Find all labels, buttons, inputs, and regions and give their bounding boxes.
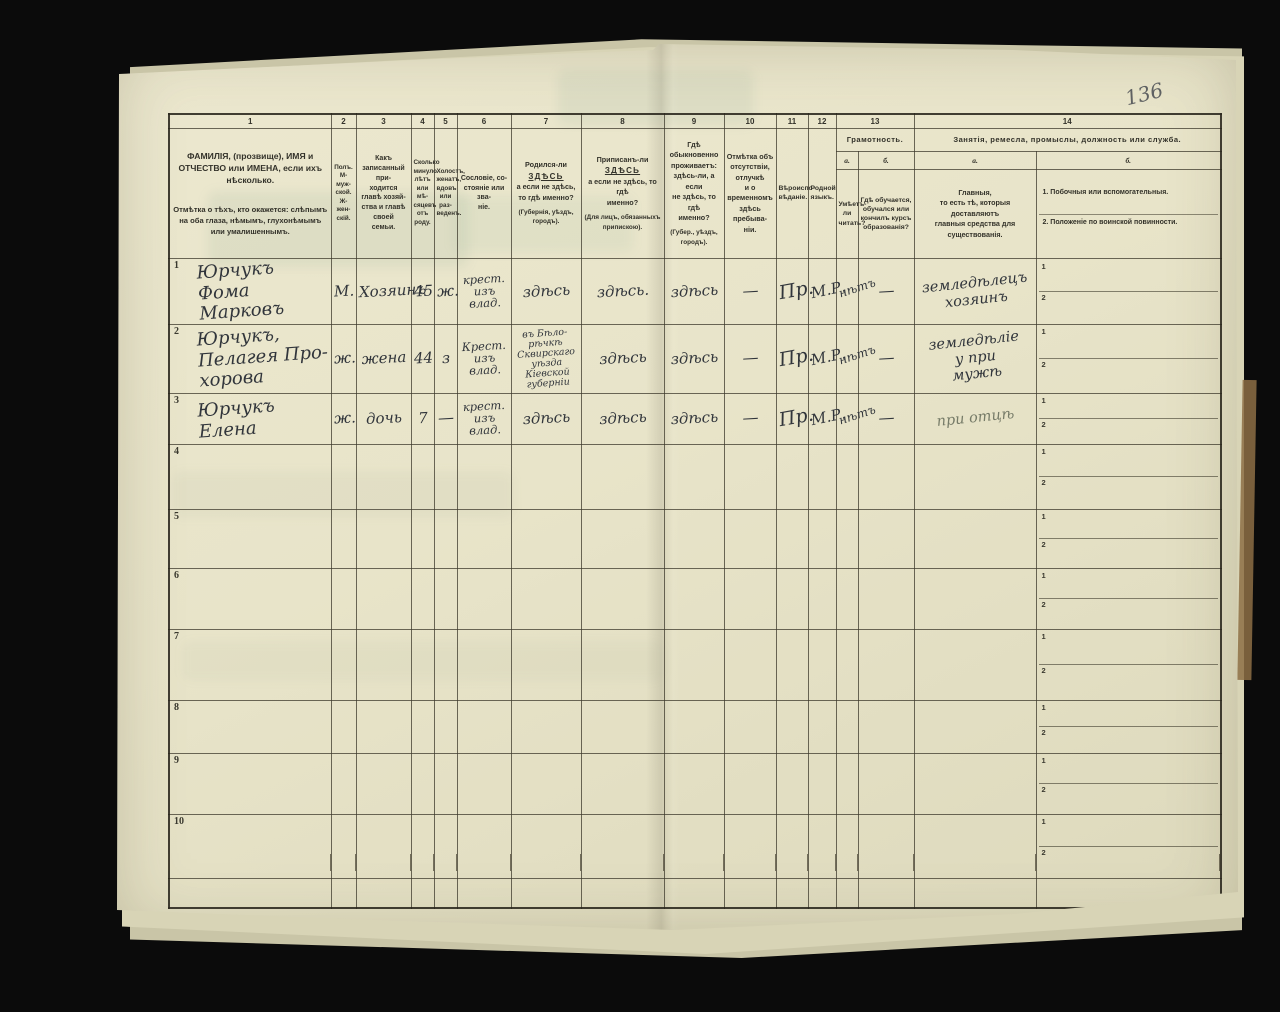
cell-language xyxy=(808,753,836,814)
cell-relation xyxy=(356,568,411,629)
cell-name: 6 xyxy=(169,568,331,629)
cell-language: М.Р. xyxy=(808,393,836,444)
cell-education: — xyxy=(858,259,914,324)
hw-age: 44 xyxy=(413,349,432,367)
hw-age: 45 xyxy=(413,282,432,300)
cell-occupation: при отцѣ xyxy=(914,393,1036,444)
subrow-label: 2 xyxy=(1042,420,1046,429)
subrow-label: 2 xyxy=(1042,728,1046,737)
hw-registered: здѣсь xyxy=(583,408,662,429)
hw-faith: Пр. xyxy=(777,278,807,304)
cell-absence xyxy=(724,629,776,700)
hw-occupation: земледѣлецъ хозяинъ xyxy=(915,269,1035,314)
subrow-label: 2 xyxy=(1042,478,1046,487)
hw-absence: — xyxy=(726,348,774,369)
header-occupation-a: Главныя, то есть тѣ, которыя доставляютъ… xyxy=(914,169,1036,259)
cell-relation xyxy=(356,629,411,700)
cell-education xyxy=(858,629,914,700)
hw-born: въ Бѣло- рѣчкѣ Сквирскаго уѣзда Кіевской… xyxy=(511,326,580,390)
occupation-b-notes: 1. Побочныя или вспомогательныя. 2. Поло… xyxy=(1039,185,1219,243)
strip-cell xyxy=(331,878,356,908)
col-number: 5 xyxy=(434,114,457,128)
hw-literacy: нѣтъ xyxy=(837,349,857,367)
hw-absence: — xyxy=(726,408,774,429)
cell-marital xyxy=(434,509,457,568)
header-language: Родной языкъ. xyxy=(808,128,836,259)
table-row: 5 1 2 xyxy=(169,509,1221,568)
header-name-note: Отмѣтка о тѣхъ, кто окажется: слѣпымъ на… xyxy=(172,204,329,237)
hw-education: — xyxy=(860,408,912,429)
subrow-2: 2 xyxy=(1039,598,1219,628)
col-number: 7 xyxy=(511,114,581,128)
cell-faith xyxy=(776,444,808,509)
cell-literacy: нѣтъ xyxy=(836,393,858,444)
cell-age: 45 xyxy=(411,259,434,324)
cell-estate: Крест. изъ влад. xyxy=(457,324,511,393)
subrow-1: 1 xyxy=(1039,446,1219,477)
cell-marital xyxy=(434,700,457,753)
strip-cell xyxy=(914,878,1036,908)
hw-sex: М. xyxy=(333,282,354,300)
cell-literacy: нѣтъ xyxy=(836,324,858,393)
cell-occupation-side: 1 2 xyxy=(1036,444,1221,509)
cell-absence xyxy=(724,568,776,629)
strip-cell xyxy=(808,878,836,908)
col-number: 10 xyxy=(724,114,776,128)
scan-background: 136 1 2 3 4 5 6 7 8 xyxy=(0,0,1280,1012)
subrow-1: 1 xyxy=(1039,755,1219,784)
subrow-2: 2 xyxy=(1039,291,1219,322)
cell-relation: дочь xyxy=(356,393,411,444)
strip-cell xyxy=(356,878,411,908)
cell-estate xyxy=(457,568,511,629)
cell-resides xyxy=(664,444,724,509)
cell-sex xyxy=(331,753,356,814)
subrow-label: 2 xyxy=(1042,666,1046,675)
side-occupation-subrows: 1 2 xyxy=(1039,511,1219,567)
strip-cell xyxy=(836,878,858,908)
cell-name: 4 xyxy=(169,444,331,509)
col-number: 6 xyxy=(457,114,511,128)
hw-marital: з xyxy=(436,349,455,367)
cell-relation xyxy=(356,700,411,753)
side-occupation-subrows: 1 2 xyxy=(1039,446,1219,508)
side-occupation-subrows: 1 2 xyxy=(1039,631,1219,699)
table-row: 7 1 2 xyxy=(169,629,1221,700)
row-number: 7 xyxy=(174,631,179,642)
hw-education: — xyxy=(860,348,912,369)
cell-age xyxy=(411,629,434,700)
subrow-1: 1 xyxy=(1039,511,1219,539)
subrow-label: 1 xyxy=(1042,817,1046,826)
header-literacy-a: Умѣетъ- ли читать? xyxy=(836,169,858,259)
table-row: 4 1 2 xyxy=(169,444,1221,509)
header-residence-note: (Губер., уѣздъ, городъ). xyxy=(667,228,722,247)
subrow-2: 2 xyxy=(1039,358,1219,392)
cell-sex xyxy=(331,700,356,753)
column-numbers-row: 1 2 3 4 5 6 7 8 9 10 11 12 13 14 xyxy=(169,114,1221,128)
hw-language: М.Р. xyxy=(809,408,835,430)
cell-marital xyxy=(434,444,457,509)
cell-resides xyxy=(664,629,724,700)
occupation-b-label: б. xyxy=(1036,152,1221,170)
col-number: 2 xyxy=(331,114,356,128)
header-birthplace-post: а если не здѣсь, то гдѣ именно? xyxy=(517,182,576,201)
cell-age xyxy=(411,568,434,629)
cell-born xyxy=(511,444,581,509)
row-number: 5 xyxy=(174,511,179,522)
cell-occupation-side: 1 2 xyxy=(1036,324,1221,393)
cell-faith xyxy=(776,700,808,753)
col-number: 9 xyxy=(664,114,724,128)
subrow-1: 1 xyxy=(1039,570,1219,599)
cell-absence xyxy=(724,444,776,509)
col-number: 8 xyxy=(581,114,664,128)
subrow-label: 1 xyxy=(1042,262,1046,271)
hw-name: Юрчукъ Фома Марковъ xyxy=(170,255,330,328)
hw-language: М.Р. xyxy=(809,348,835,370)
hw-registered: здѣсь. xyxy=(583,281,662,302)
strip-cell xyxy=(411,878,434,908)
header-faith: Вѣроиспо- вѣданіе. xyxy=(776,128,808,259)
cell-estate xyxy=(457,753,511,814)
header-residence-text: Гдѣ обыкновенно проживаетъ: здѣсь-ли, а … xyxy=(670,140,719,222)
census-page: 136 1 2 3 4 5 6 7 8 xyxy=(113,42,1240,937)
cell-occupation-side: 1 2 xyxy=(1036,509,1221,568)
table-row: 3Юрчукъ Елена ж. дочь 7 — крест. изъ вла… xyxy=(169,393,1221,444)
totals-strip-row xyxy=(169,878,1221,908)
cell-marital xyxy=(434,629,457,700)
strip-cell xyxy=(664,878,724,908)
cell-born: здѣсь xyxy=(511,393,581,444)
hw-age: 7 xyxy=(413,409,432,427)
cell-faith: Пр. xyxy=(776,324,808,393)
cell-sex: ж. xyxy=(331,324,356,393)
cell-language: М.Р. xyxy=(808,324,836,393)
side-occupation-subrows: 1 2 xyxy=(1039,755,1219,813)
header-residence: Гдѣ обыкновенно проживаетъ: здѣсь-ли, а … xyxy=(664,128,724,259)
subrow-1: 1 xyxy=(1039,816,1219,846)
cell-age xyxy=(411,444,434,509)
cell-estate xyxy=(457,700,511,753)
hw-estate: крест. изъ влад. xyxy=(459,399,510,438)
cell-estate xyxy=(457,629,511,700)
cell-resides xyxy=(664,568,724,629)
hw-literacy: нѣтъ xyxy=(837,282,857,300)
cell-occupation xyxy=(914,700,1036,753)
header-occupation-title: Занятія, ремесла, промыслы, должность ил… xyxy=(914,128,1221,152)
header-literacy-b: Гдѣ обучается, обучался или кончилъ курс… xyxy=(858,169,914,259)
row-number: 4 xyxy=(174,446,179,457)
header-registration: Приписанъ-ли ЗДѢСЬ а если не здѣсь, то г… xyxy=(581,128,664,259)
subrow-label: 2 xyxy=(1042,785,1046,794)
cell-occupation xyxy=(914,568,1036,629)
header-name-main: ФАМИЛІЯ, (прозвище), ИМЯ и ОТЧЕСТВО или … xyxy=(172,150,329,187)
cell-literacy xyxy=(836,568,858,629)
side-occupation-subrows: 1 2 xyxy=(1039,570,1219,628)
cell-occupation-side: 1 2 xyxy=(1036,700,1221,753)
cell-age xyxy=(411,509,434,568)
header-registration-post: а если не здѣсь, то гдѣ именно? xyxy=(588,177,657,207)
cell-faith: Пр. xyxy=(776,259,808,324)
subrow-1: 1 xyxy=(1039,261,1219,291)
strip-cell xyxy=(858,878,914,908)
literacy-a-label: а. xyxy=(836,152,858,170)
cell-relation: жена xyxy=(356,324,411,393)
side-occupation-subrows: 1 2 xyxy=(1039,261,1219,321)
cell-faith xyxy=(776,753,808,814)
cell-age: 44 xyxy=(411,324,434,393)
cell-registered: здѣсь xyxy=(581,324,664,393)
strip-cell xyxy=(511,878,581,908)
cell-occupation xyxy=(914,444,1036,509)
cell-faith xyxy=(776,509,808,568)
cell-language xyxy=(808,629,836,700)
subrow-2: 2 xyxy=(1039,418,1219,443)
side-occupation-subrows: 1 2 xyxy=(1039,326,1219,392)
strip-cell xyxy=(581,878,664,908)
cell-education xyxy=(858,753,914,814)
col-number: 11 xyxy=(776,114,808,128)
header-birthplace-pre: Родился-ли xyxy=(525,160,567,169)
cell-faith xyxy=(776,568,808,629)
cell-resides: здѣсь xyxy=(664,259,724,324)
cell-name: 2Юрчукъ, Пелагея Про- хорова xyxy=(169,324,331,393)
cell-age xyxy=(411,700,434,753)
cell-sex: М. xyxy=(331,259,356,324)
cell-absence: — xyxy=(724,259,776,324)
cell-sex xyxy=(331,568,356,629)
header-marital: Холостъ, женатъ, вдовъ или раз- веденъ. xyxy=(434,128,457,259)
cell-literacy: нѣтъ xyxy=(836,259,858,324)
subrow-label: 1 xyxy=(1042,756,1046,765)
subrow-label: 2 xyxy=(1042,293,1046,302)
cell-education xyxy=(858,444,914,509)
hw-occupation: земледѣліе у при мужѣ xyxy=(914,328,1036,390)
hw-marital: ж. xyxy=(436,282,455,300)
subrow-2: 2 xyxy=(1039,538,1219,567)
cell-language xyxy=(808,700,836,753)
hw-name: Юрчукъ Елена xyxy=(171,392,330,444)
cell-age: 7 xyxy=(411,393,434,444)
cell-born xyxy=(511,753,581,814)
col-number: 3 xyxy=(356,114,411,128)
header-occupation-b: 1. Побочныя или вспомогательныя. 2. Поло… xyxy=(1036,169,1221,259)
subrow-label: 2 xyxy=(1042,360,1046,369)
subrow-label: 1 xyxy=(1042,327,1046,336)
cell-occupation-side: 1 2 xyxy=(1036,259,1221,324)
cell-literacy xyxy=(836,700,858,753)
subrow-2: 2 xyxy=(1039,726,1219,752)
census-table: 1 2 3 4 5 6 7 8 9 10 11 12 13 14 xyxy=(168,113,1222,909)
cell-occupation-side: 1 2 xyxy=(1036,629,1221,700)
table-row: 2Юрчукъ, Пелагея Про- хорова ж. жена 44 … xyxy=(169,324,1221,393)
col-number: 13 xyxy=(836,114,914,128)
cell-born xyxy=(511,568,581,629)
cell-relation: Хозяинъ xyxy=(356,259,411,324)
header-estate: Сословіе, со- стояніе или зва- ніе. xyxy=(457,128,511,259)
cell-resides xyxy=(664,753,724,814)
subrow-1: 1 xyxy=(1039,395,1219,419)
subrow-1: 1 xyxy=(1039,631,1219,665)
hw-resides: здѣсь xyxy=(666,281,722,301)
cell-absence xyxy=(724,753,776,814)
table-row: 1Юрчукъ Фома Марковъ М. Хозяинъ 45 ж. кр… xyxy=(169,259,1221,324)
cell-faith: Пр. xyxy=(776,393,808,444)
col-number: 4 xyxy=(411,114,434,128)
cell-literacy xyxy=(836,509,858,568)
cell-relation xyxy=(356,509,411,568)
occupation-a-label: а. xyxy=(914,152,1036,170)
hw-relation: жена xyxy=(358,349,409,369)
hw-relation: дочь xyxy=(358,409,409,429)
subrow-label: 1 xyxy=(1042,447,1046,456)
strip-cell xyxy=(776,878,808,908)
literacy-b-label: б. xyxy=(858,152,914,170)
cell-literacy xyxy=(836,753,858,814)
cell-name: 7 xyxy=(169,629,331,700)
cell-language: М.Р. xyxy=(808,259,836,324)
subrow-label: 1 xyxy=(1042,571,1046,580)
header-registration-em: ЗДѢСЬ xyxy=(605,166,640,175)
hw-language: М.Р. xyxy=(809,281,835,303)
cell-name: 8 xyxy=(169,700,331,753)
cell-literacy xyxy=(836,629,858,700)
hw-education: — xyxy=(860,281,912,302)
subrow-1: 1 xyxy=(1039,702,1219,727)
subrow-label: 1 xyxy=(1042,632,1046,641)
cell-resides: здѣсь xyxy=(664,393,724,444)
cell-language xyxy=(808,568,836,629)
hw-occupation: при отцѣ xyxy=(916,404,1034,433)
strip-cell xyxy=(457,878,511,908)
hw-estate: Крест. изъ влад. xyxy=(459,339,510,378)
cell-born xyxy=(511,629,581,700)
strip-cell xyxy=(724,878,776,908)
hw-sex: ж. xyxy=(333,409,354,427)
header-absence: Отмѣтка объ отсутствіи, отлучкѣ и о врем… xyxy=(724,128,776,259)
side-occupation-subrows: 1 2 xyxy=(1039,395,1219,443)
cell-registered xyxy=(581,753,664,814)
header-sex: Полъ. М-муж- ской. Ж-жен- скій. xyxy=(331,128,356,259)
page-number: 136 xyxy=(1123,78,1166,111)
row-number: 6 xyxy=(174,570,179,581)
cell-marital xyxy=(434,753,457,814)
cell-education: — xyxy=(858,393,914,444)
hw-relation: Хозяинъ xyxy=(358,282,409,302)
subrow-label: 1 xyxy=(1042,396,1046,405)
header-relation: Какъ записанный при- ходится главѣ хозяй… xyxy=(356,128,411,259)
cell-marital xyxy=(434,568,457,629)
cell-occupation-side: 1 2 xyxy=(1036,753,1221,814)
header-age: Сколько минуло лѣтъ или мѣ- сяцевъ отъ р… xyxy=(411,128,434,259)
subrow-2: 2 xyxy=(1039,664,1219,699)
subrow-label: 2 xyxy=(1042,540,1046,549)
cell-sex xyxy=(331,444,356,509)
cell-registered xyxy=(581,700,664,753)
cell-absence xyxy=(724,700,776,753)
cell-registered xyxy=(581,509,664,568)
cell-relation xyxy=(356,444,411,509)
cell-occupation-side: 1 2 xyxy=(1036,568,1221,629)
cell-name: 9 xyxy=(169,753,331,814)
subrow-label: 2 xyxy=(1042,600,1046,609)
hw-resides: здѣсь xyxy=(666,408,722,428)
cell-relation xyxy=(356,753,411,814)
strip-cell xyxy=(169,878,331,908)
cell-education xyxy=(858,509,914,568)
subrow-label: 1 xyxy=(1042,703,1046,712)
cell-registered xyxy=(581,444,664,509)
cell-language xyxy=(808,444,836,509)
hw-literacy: нѣтъ xyxy=(837,409,857,427)
cell-occupation: земледѣлецъ хозяинъ xyxy=(914,259,1036,324)
cell-born: здѣсь xyxy=(511,259,581,324)
cell-occupation: земледѣліе у при мужѣ xyxy=(914,324,1036,393)
cell-language xyxy=(808,509,836,568)
row-number: 8 xyxy=(174,702,179,713)
hw-born: здѣсь xyxy=(513,281,579,302)
hw-born: здѣсь xyxy=(513,408,579,429)
header-literacy-title: Грамотность. xyxy=(836,128,914,152)
header-name: ФАМИЛІЯ, (прозвище), ИМЯ и ОТЧЕСТВО или … xyxy=(169,128,331,259)
cell-resides xyxy=(664,509,724,568)
hw-estate: крест. изъ влад. xyxy=(459,272,510,311)
subrow-2: 2 xyxy=(1039,783,1219,813)
cell-sex xyxy=(331,629,356,700)
cell-occupation xyxy=(914,629,1036,700)
cell-education xyxy=(858,700,914,753)
subrow-label: 1 xyxy=(1042,512,1046,521)
row-number: 9 xyxy=(174,755,179,766)
cell-born xyxy=(511,700,581,753)
col-number: 1 xyxy=(169,114,331,128)
header-row: ФАМИЛІЯ, (прозвище), ИМЯ и ОТЧЕСТВО или … xyxy=(169,128,1221,152)
table-row: 8 1 2 xyxy=(169,700,1221,753)
cell-occupation-side: 1 2 xyxy=(1036,393,1221,444)
cell-age xyxy=(411,753,434,814)
header-registration-note: (Для лицъ, обязанныхъ припискою). xyxy=(584,213,662,232)
cell-estate: крест. изъ влад. xyxy=(457,393,511,444)
table-row: 6 1 2 xyxy=(169,568,1221,629)
cell-registered xyxy=(581,568,664,629)
hw-faith: Пр. xyxy=(777,405,807,431)
hw-registered: здѣсь xyxy=(583,348,662,369)
col-number: 14 xyxy=(914,114,1221,128)
occupation-b-note1: 1. Побочныя или вспомогательныя. xyxy=(1039,185,1219,214)
header-birthplace-note: (Губернія, уѣздъ, городъ). xyxy=(514,208,579,227)
cell-literacy xyxy=(836,444,858,509)
cell-marital: ж. xyxy=(434,259,457,324)
cell-name: 1Юрчукъ Фома Марковъ xyxy=(169,259,331,324)
cell-marital: — xyxy=(434,393,457,444)
table-row: 9 1 2 xyxy=(169,753,1221,814)
row-number: 10 xyxy=(174,816,184,827)
cell-occupation xyxy=(914,509,1036,568)
hw-name: Юрчукъ, Пелагея Про- хорова xyxy=(170,322,330,395)
cell-marital: з xyxy=(434,324,457,393)
col-number: 12 xyxy=(808,114,836,128)
cell-name: 5 xyxy=(169,509,331,568)
strip-cell xyxy=(434,878,457,908)
cell-estate: крест. изъ влад. xyxy=(457,259,511,324)
cell-registered: здѣсь. xyxy=(581,259,664,324)
cell-faith xyxy=(776,629,808,700)
cell-resides xyxy=(664,700,724,753)
header-birthplace-em: ЗДѢСЬ xyxy=(528,172,563,181)
hw-sex: ж. xyxy=(333,349,354,367)
hw-absence: — xyxy=(726,281,774,302)
